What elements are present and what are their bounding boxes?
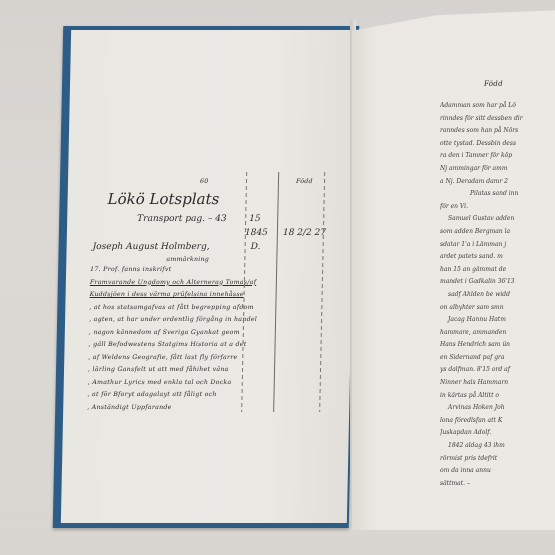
name-annotation: ammärkning bbox=[166, 256, 209, 263]
transport-line: Transport pag. – 43 bbox=[137, 214, 227, 224]
manuscript-facsimile: 60 Lökö Lotsplats Transport pag. – 43 Fö… bbox=[82, 180, 338, 460]
birth-date: 18 2/2 27 bbox=[283, 228, 326, 238]
col-value-2: 1845 bbox=[245, 228, 268, 238]
col-value-3: D. bbox=[251, 242, 261, 252]
right-page-text: Adamman som har på Lö rinndes för sitt d… bbox=[440, 100, 555, 490]
column-rule bbox=[273, 172, 279, 412]
column-header-fodd: Född bbox=[296, 178, 313, 185]
col-value-1: 15 bbox=[249, 214, 261, 224]
page-number: 60 bbox=[200, 178, 209, 185]
open-book-photo: 60 Lökö Lotsplats Transport pag. – 43 Fö… bbox=[0, 0, 555, 555]
place-title: Lökö Lotsplats bbox=[107, 190, 219, 208]
left-page: 60 Lökö Lotsplats Transport pag. – 43 Fö… bbox=[61, 30, 357, 523]
entry-text: 17. Prof. fanns inskrifvt Framvarande Un… bbox=[87, 266, 238, 416]
column-rule bbox=[319, 172, 325, 412]
right-heading: Född bbox=[484, 80, 503, 88]
person-name: Joseph August Holmberg, bbox=[93, 242, 210, 252]
